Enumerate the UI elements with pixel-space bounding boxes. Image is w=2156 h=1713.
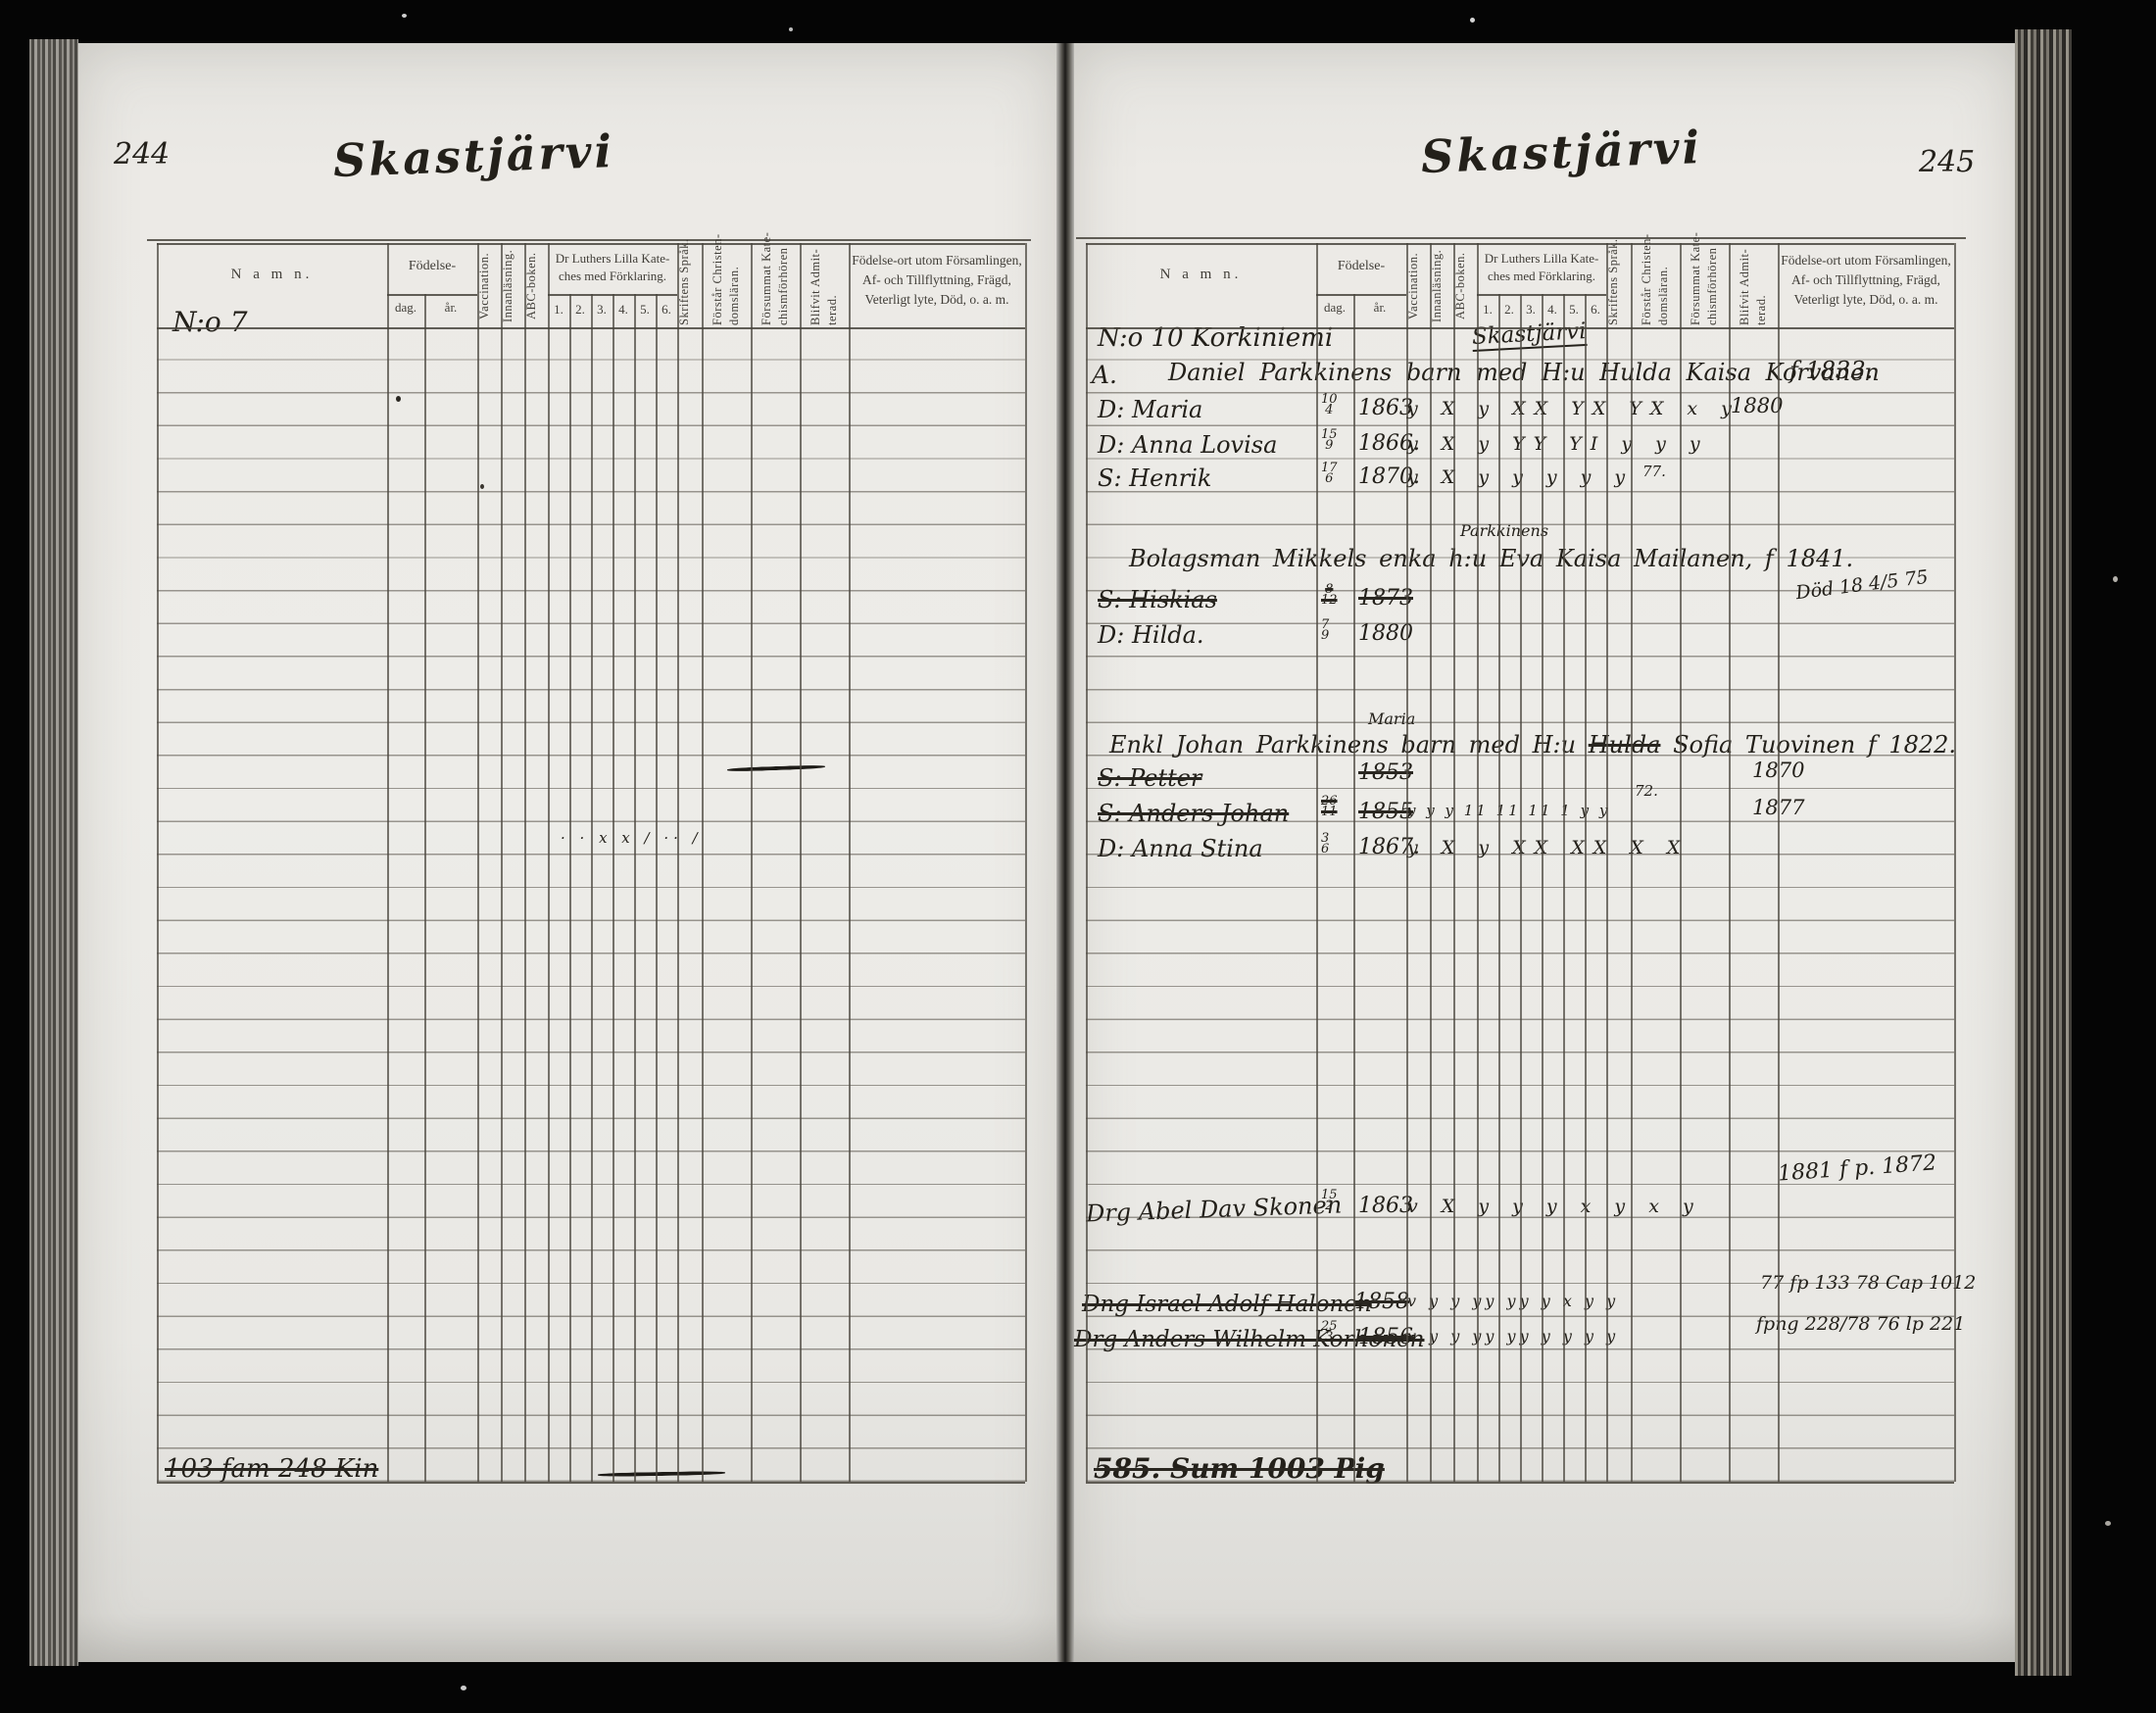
- birth-month: 12: [1321, 595, 1338, 606]
- catechism-marks: y y y 11 11 11 1 y y: [1407, 802, 1610, 819]
- col-header-k2: 2.: [1498, 302, 1520, 318]
- marks-row-left: · · x x ∕ ·· ∕: [561, 829, 703, 847]
- grid-line: [849, 243, 851, 1482]
- col-header-k3: 3.: [1520, 302, 1542, 318]
- family2-surname-above: Parkkinens: [1460, 521, 1548, 540]
- col-header-remarks-1: Födelse-ort utom Församlingen,: [849, 253, 1025, 269]
- grid-line: [656, 294, 658, 1482]
- scan-border-left: [0, 0, 29, 1713]
- col-header-forstar: Förstår Christen- domsläran.: [702, 247, 751, 325]
- grid-line: [1778, 243, 1780, 1482]
- col-header-k3: 3.: [591, 302, 612, 318]
- margin-note: 77.: [1642, 463, 1666, 480]
- page-stack-edge-left: [29, 39, 78, 1666]
- catechism-marks: v X y y y x y x y: [1407, 1196, 1702, 1217]
- person-name: Dng Israel Adolf Halonen: [1082, 1292, 1372, 1317]
- catechism-marks: y X y XX XX X X: [1407, 837, 1689, 858]
- grid-line: [1729, 243, 1731, 1482]
- birth-month: 11: [1321, 807, 1338, 817]
- col-header-abc-boken: ABC-boken.: [524, 247, 548, 325]
- remark-note: 77 fp 133 78 Cap 1012: [1760, 1272, 1976, 1294]
- birth-month: 2: [1325, 1200, 1333, 1211]
- person-name: D: Hilda.: [1098, 621, 1204, 649]
- page-number-right: 245: [1919, 145, 1975, 179]
- person-name: D: Maria: [1098, 396, 1202, 423]
- grid-line: [524, 243, 526, 1482]
- birth-year: 1853: [1358, 760, 1413, 785]
- page-title-right: Skastjärvi: [1420, 121, 1703, 183]
- footer-note-left: 103 fam 248 Kin: [165, 1454, 378, 1484]
- family3-prefix: Enkl Johan Parkkinens barn med H:u: [1109, 731, 1576, 759]
- grid-line: [157, 243, 1025, 245]
- scanned-ledger-spread: 244 Skastjärvi N a m n. Födelse- dag. år…: [0, 0, 2156, 1713]
- grid-line: [702, 243, 704, 1482]
- birth-month: 6: [1325, 473, 1333, 484]
- grid-line: [591, 294, 593, 1482]
- col-header-forsummat: Försummat Kate- chismförhören: [1680, 247, 1729, 325]
- grid-line: [569, 294, 571, 1482]
- grid-line: [1585, 294, 1587, 1482]
- col-header-k6: 6.: [1585, 302, 1606, 318]
- col-header-k4: 4.: [1542, 302, 1563, 318]
- birth-month: 9: [1321, 630, 1329, 641]
- col-header-fodelse: Födelse-: [387, 259, 477, 274]
- col-header-k4: 4.: [612, 302, 634, 318]
- birth-month: 4: [1325, 405, 1333, 416]
- col-header-kateches-1: Dr Luthers Lilla Kate-: [548, 251, 677, 267]
- col-header-innanlasning: Innanläsning.: [501, 247, 524, 325]
- birth-year: 1856: [1358, 1325, 1413, 1349]
- family1-initial: A.: [1092, 361, 1117, 389]
- entry-number-left: N:o 7: [172, 306, 248, 338]
- col-header-remarks-2: Af- och Tillflyttning, Frägd,: [849, 272, 1025, 288]
- birth-year: 1858: [1354, 1290, 1409, 1314]
- col-header-blifvit: Blifvit Admit- terad.: [1729, 247, 1778, 325]
- grid-line: [157, 327, 1025, 329]
- grid-line: [677, 243, 679, 1482]
- page-stack-edge-right: [2015, 29, 2072, 1676]
- family3-correction-above: Maria: [1368, 710, 1415, 728]
- col-header-blifvit: Blifvit Admit- terad.: [800, 247, 849, 325]
- grid-line: [1563, 294, 1565, 1482]
- grid-line: [1316, 243, 1318, 1482]
- grid-line: [1477, 243, 1479, 1482]
- family3-suffix: Sofia Tuovinen f 1822.: [1673, 731, 1956, 759]
- grid-line: [1606, 243, 1608, 1482]
- grid-line: [424, 294, 426, 1482]
- col-header-namn: N a m n.: [1086, 267, 1316, 283]
- grid-line: [157, 243, 159, 1482]
- grid-line: [1453, 243, 1455, 1482]
- grid-line: [1406, 243, 1408, 1482]
- family3-heading: Enkl Johan Parkkinens barn med H:u Hulda…: [1109, 731, 1956, 759]
- grid-line: [751, 243, 753, 1482]
- scan-border-bottom: [0, 1662, 2156, 1713]
- title-rule-left: [147, 239, 1031, 241]
- grid-line: [1520, 294, 1522, 1482]
- catechism-marks: v y y yy yy y x y y: [1407, 1292, 1619, 1310]
- remark-note: fpng 228/78 76 lp 221: [1756, 1313, 1965, 1335]
- grid-line: [1631, 243, 1633, 1482]
- page-title-left: Skastjärvi: [332, 124, 615, 187]
- person-name: S: Hiskias: [1098, 586, 1217, 613]
- col-header-forsummat: Försummat Kate- chismförhören: [751, 247, 800, 325]
- grid-line: [1353, 294, 1355, 1482]
- grid-line: [1498, 294, 1500, 1482]
- catechism-marks: y X y XX YX YX x y: [1407, 398, 1740, 419]
- col-header-k2: 2.: [569, 302, 591, 318]
- scan-border-top: [0, 0, 2156, 43]
- col-header-remarks-3: Veterligt lyte, Död, o. a. m.: [1778, 292, 1954, 308]
- catechism-marks: v y y yy yy y y y y: [1407, 1327, 1619, 1346]
- grid-line: [1680, 243, 1682, 1482]
- col-header-fodelse: Födelse-: [1316, 259, 1406, 274]
- col-header-k5: 5.: [634, 302, 656, 318]
- grid-line: [1086, 243, 1954, 245]
- col-header-abc-boken: ABC-boken.: [1453, 247, 1477, 325]
- col-header-skriftens: Skriftens Språk.: [677, 247, 702, 325]
- title-rule-right: [1076, 237, 1966, 239]
- grid-line: [634, 294, 636, 1482]
- col-header-kateches-2: ches med Förklaring.: [548, 269, 677, 284]
- admit-year: 1880: [1731, 394, 1783, 417]
- grid-line: [1086, 327, 1954, 329]
- col-header-k6: 6.: [656, 302, 677, 318]
- birth-year: 1873: [1358, 586, 1413, 611]
- footer-note-right: 585. Sum 1003 Pig: [1094, 1452, 1385, 1485]
- col-header-dag: dag.: [1316, 300, 1353, 316]
- birth-year: 1855: [1358, 800, 1413, 824]
- grid-line: [387, 243, 389, 1482]
- grid-line: [1430, 243, 1432, 1482]
- col-header-ar: år.: [424, 300, 477, 316]
- grid-line: [1542, 294, 1543, 1482]
- grid-line: [1477, 294, 1606, 296]
- family1-birth: f 1833.: [1789, 357, 1873, 384]
- col-header-k1: 1.: [1477, 302, 1498, 318]
- grid-line: [1316, 294, 1406, 296]
- col-header-vaccination: Vaccination.: [477, 247, 501, 325]
- grid-line: [1086, 243, 1088, 1482]
- col-header-skriftens: Skriftens Språk.: [1606, 247, 1631, 325]
- grid-line: [800, 243, 802, 1482]
- col-header-dag: dag.: [387, 300, 424, 316]
- book-gutter: [1056, 43, 1074, 1662]
- scan-border-right: [2070, 0, 2156, 1713]
- col-header-remarks-3: Veterligt lyte, Död, o. a. m.: [849, 292, 1025, 308]
- col-header-kateches-1: Dr Luthers Lilla Kate-: [1477, 251, 1606, 267]
- grid-line: [501, 243, 503, 1482]
- col-header-namn: N a m n.: [157, 267, 387, 283]
- col-header-remarks-2: Af- och Tillflyttning, Frägd,: [1778, 272, 1954, 288]
- grid-line: [1025, 243, 1027, 1482]
- col-header-remarks-1: Födelse-ort utom Församlingen,: [1778, 253, 1954, 269]
- family3-struck-name: Hulda: [1589, 731, 1661, 759]
- col-header-k1: 1.: [548, 302, 569, 318]
- page-number-left: 244: [114, 137, 170, 171]
- col-header-k5: 5.: [1563, 302, 1585, 318]
- family1-heading: Daniel Parkkinens barn med H:u Hulda Kai…: [1168, 359, 1880, 386]
- grid-line: [612, 294, 614, 1482]
- grid-line: [1086, 1482, 1954, 1484]
- grid-line: [387, 294, 477, 296]
- person-name: S: Henrik: [1098, 465, 1211, 492]
- birth-month: 6: [1321, 844, 1329, 855]
- grid-line: [548, 243, 550, 1482]
- grid-line: [157, 1482, 1025, 1484]
- birth-year: 1880: [1358, 621, 1413, 646]
- birth-month: 3: [1325, 1332, 1333, 1343]
- person-name: D: Anna Stina: [1098, 835, 1263, 862]
- col-header-kateches-2: ches med Förklaring.: [1477, 269, 1606, 284]
- birth-year: 1863: [1358, 396, 1413, 420]
- person-name: S: Petter: [1098, 764, 1201, 792]
- col-header-innanlasning: Innanläsning.: [1430, 247, 1453, 325]
- grid-line: [477, 243, 479, 1482]
- grid-line: [1954, 243, 1956, 1482]
- margin-note: 72.: [1635, 782, 1658, 800]
- birth-year: 1863: [1358, 1194, 1413, 1218]
- col-header-ar: år.: [1353, 300, 1406, 316]
- birth-month: 9: [1325, 440, 1333, 451]
- person-name: D: Anna Lovisa: [1098, 431, 1277, 459]
- family2-heading: Bolagsman Mikkels enka h:u Eva Kaisa Mai…: [1129, 545, 1853, 572]
- grid-line: [548, 294, 677, 296]
- col-header-vaccination: Vaccination.: [1406, 247, 1430, 325]
- person-name: S: Anders Johan: [1098, 800, 1289, 827]
- col-header-forstar: Förstår Christen- domsläran.: [1631, 247, 1680, 325]
